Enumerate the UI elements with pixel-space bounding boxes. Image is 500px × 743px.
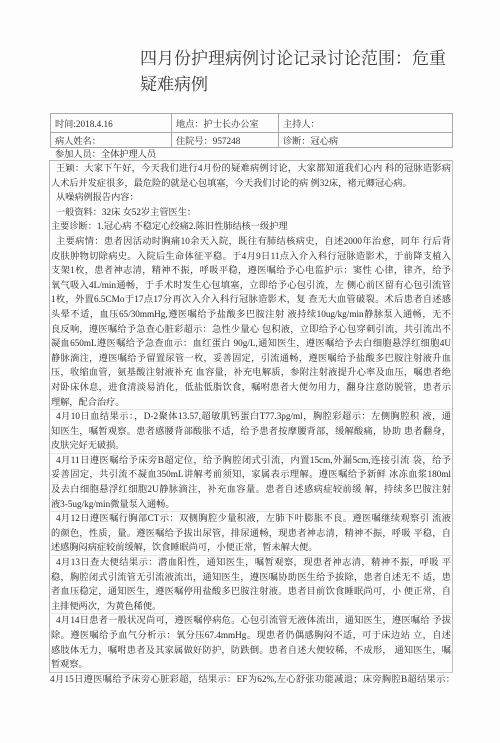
participants-line: 参加人员：全体护理人员 [55,148,156,160]
text-line: 良反响，遵医嘱给予急查心脏彩超示：急性少量心 包积液，立即给予心包穿刺引流，共引… [50,322,452,337]
text-line: 暂观察。 [50,657,452,672]
april-12-paragraph: 4月12日遵医嘱行胸部CT示：双侧胸腔少量积液，左肺下叶膨胀不良。遵医嘱继续观察… [50,511,452,555]
text-line: 者血压稳定，通知医生，遵医嘱停用盐酸多巴胺注射液。患者目前饮食睡眠尚可，小 便正… [50,584,452,599]
april-10-paragraph: 4月10日血结果示：，D-2聚体13.57,超敏肌钙蛋白T77.3pg/ml，胸… [50,409,452,453]
discussion-body: 王颖：大家下午好，今天我们进行4月份的疑难病例讨论，大家都知道我们心内 科的冠脉… [49,160,453,673]
text-line: 凝血650mL遵医嘱给予急查血示：血红蛋白 90g/L,通知医生，遵医嘱给予去白… [50,336,452,351]
opening-remarks-paragraph: 王颖：大家下午好，今天我们进行4月份的疑难病例讨论，大家都知道我们心内 科的冠脉… [50,161,452,190]
text-line: 头晕不适，血压65/30mmHg,遵医嘱给予盐酸多巴胺注射 液持续10ug/kg… [50,307,452,322]
text-line: 主要病情：患者因活动时胸痛10余天入院，既往有肺结核病史，自述2000年治愈，同… [50,234,452,249]
report-heading-paragraph: 从噪病例报告内容： [50,190,452,205]
text-line: 对卧床休息，进食清淡易消化，低盐低脂饮食，嘱咐患者大便勿用力，翻身注意防脱管，患… [50,380,452,395]
text-line: 知医生，嘱暂观察。患者感腰背部酸胀不适，给予患者按摩腰背部，缓解酸痛，协助 患者… [50,424,452,439]
text-line: 压，收缩血管，氨基酸注射液补充 血容量，补充电解质，参附注射液提升心率及血压，嘱… [50,365,452,380]
title-line: 四月份护理病例讨论记录讨论范围：危重 [140,46,460,72]
text-line: 的颜色，性质，量。遵医嘱给予拔出尿管，排尿通畅，现患者神志清，精神不振，呼吸 平… [50,526,452,541]
meeting-location-cell: 地点：护士长办公室 [172,114,279,133]
text-line: 主排便两次，为黄色稀便。 [50,599,452,614]
text-line: 4月14日患者一般状况尚可，遵医嘱停病危。心包引流管无液体流出，通知医生，遵医嘱… [50,613,452,628]
text-line: 4月10日血结果示：，D-2聚体13.57,超敏肌钙蛋白T77.3pg/ml，胸… [50,409,452,424]
table-row: 病人姓名： 住院号：957248 诊断：冠心病 [51,133,453,148]
text-line: 理解，配合治疗。 [50,395,452,410]
general-info-paragraph: 一般资料：32床 女52岁主管医生： [50,205,452,220]
table-row: 时间:2018.4.16 地点：护士长办公室 主持人： [51,114,453,133]
text-line: 皮肤肿物切除病史。入院后生命体征平稳。于4月9日11点入介入科行冠脉造影术，于前… [50,249,452,264]
document-title: 四月份护理病例讨论记录讨论范围：危重 疑难病例 [140,46,460,98]
text-line: 1枚，外置6.5CMo于17点17分再次入介入科行冠脉造影术，复 查无大血管破裂… [50,292,452,307]
main-condition-paragraph: 主要病情：患者因活动时胸痛10余天入院，既往有肺结核病史，自述2000年治愈，同… [50,234,452,409]
text-line: 皮肤完好无破损。 [50,438,452,453]
text-line: 感肢体无力，嘱咐患者及其家属做好防护，防跌倒。患者自述大便较稀，不成形， 通知医… [50,643,452,658]
main-diagnosis-paragraph: 主要诊断：1.冠心病 不稳定心绞痛2.陈旧性肺结核一级护理 [50,219,452,234]
text-line: 从噪病例报告内容： [50,190,452,205]
meeting-time-cell: 时间:2018.4.16 [51,114,172,133]
text-line: 除。遵医嘱给予血气分析示：氧分压67.4mmHg。现患者仍偶感胸闷不适，可于床边… [50,628,452,643]
text-line: 4月12日遵医嘱行胸部CT示：双侧胸腔少量积液，左肺下叶膨胀不良。遵医嘱继续观察… [50,511,452,526]
text-line: 人术后并发症很多，最危险的就是心包填塞，今天我们讨论的病 例32床，褚元卿冠心病… [50,176,452,191]
text-line: 及去白细胞悬浮红细胞2U静脉滴注，补充血容量。患者自述感病症较前缓 解，持续多巴… [50,482,452,497]
title-line: 疑难病例 [140,72,460,98]
text-line: 液3-5ug/kg/min微量泵入通畅。 [50,497,452,512]
april-15-line: 4月15日遵医嘱给予床旁心脏彩超，结果示：EF为62%,左心舒张功能减退；床旁胸… [50,672,455,687]
text-line: 一般资料：32床 女52岁主管医生： [50,205,452,220]
april-14-paragraph: 4月14日患者一般状况尚可，遵医嘱停病危。心包引流管无液体流出，通知医生，遵医嘱… [50,613,452,671]
hospital-number-cell: 住院号：957248 [172,133,279,148]
diagnosis-cell: 诊断：冠心病 [279,133,453,148]
text-line: 氧气吸入4L/min通畅，于手术时发生心包填塞，立即给予心包引流，左 侧心前区留… [50,278,452,293]
meeting-host-cell: 主持人： [279,114,453,133]
text-line: 支架1枚，患者神志清，精神不振，呼吸平稳，遵医嘱给予心电监护示：窦性 心律，律齐… [50,263,452,278]
patient-name-cell: 病人姓名： [51,133,172,148]
text-line: 静脉滴注，遵医嘱给予留置尿管一枚，妥善固定，引流通畅，遵医嘱给予盐酸多巴胺注射液… [50,351,452,366]
text-line: 稳，胸腔闭式引流管无引流液流出，通知医生，遵医嘱协助医生给予拔除，患者自述无不 … [50,570,452,585]
text-line: 王颖：大家下午好，今天我们进行4月份的疑难病例讨论，大家都知道我们心内 科的冠脉… [50,161,452,176]
text-line: 述感胸闷病症较前缓解，饮食睡眠尚可，小便正常，暂未解大便。 [50,540,452,555]
text-line: 4月13日查大便结果示：潜血阳性，通知医生，嘱暂观察，现患者神志清，精神不振，呼… [50,555,452,570]
text-line: 主要诊断：1.冠心病 不稳定心绞痛2.陈旧性肺结核一级护理 [50,219,452,234]
text-line: 妥善固定，共引流不凝血350mL讲解考前须知，家属表示理解。遵医嘱给予新鲜 冰冻… [50,467,452,482]
april-13-paragraph: 4月13日查大便结果示：潜血阳性，通知医生，嘱暂观察，现患者神志清，精神不振，呼… [50,555,452,613]
april-11-paragraph: 4月11日遵医嘱给予床旁B超定位，给予胸腔闭式引流，内置15cm,外漏5cm,连… [50,453,452,511]
meeting-info-table: 时间:2018.4.16 地点：护士长办公室 主持人： 病人姓名： 住院号：95… [50,113,453,148]
text-line: 4月11日遵医嘱给予床旁B超定位，给予胸腔闭式引流，内置15cm,外漏5cm,连… [50,453,452,468]
